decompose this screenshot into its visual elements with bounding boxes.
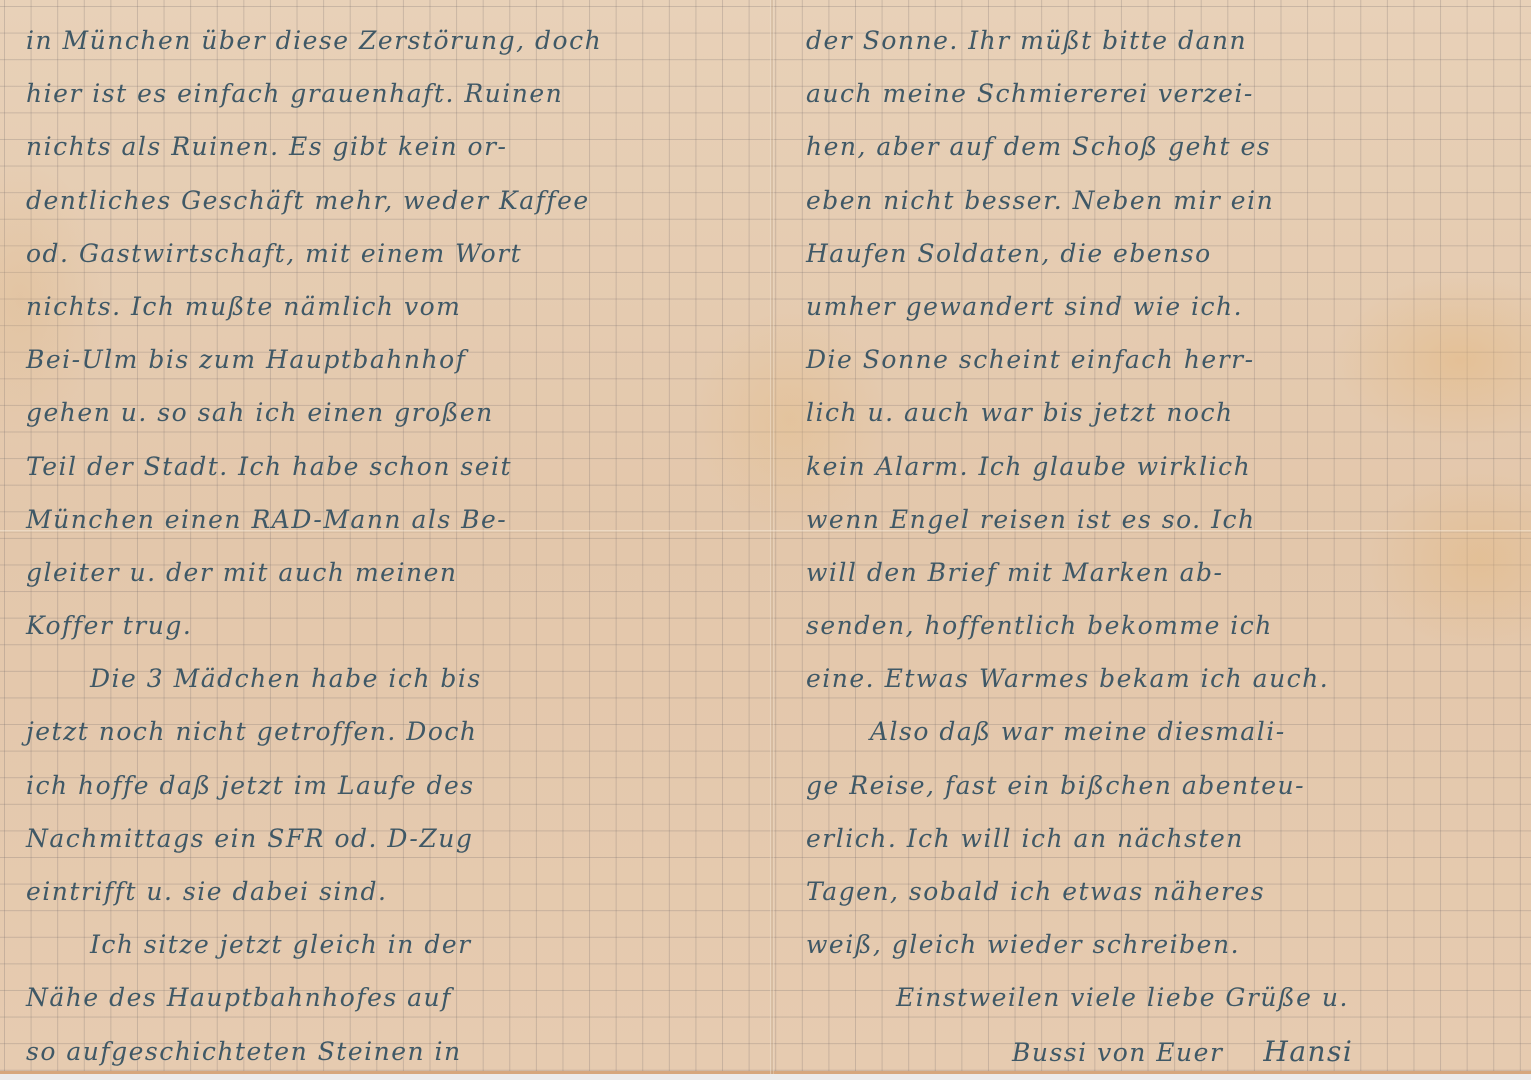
letter-line: eintrifft u. sie dabei sind. bbox=[26, 865, 756, 918]
letter-line: so aufgeschichteten Steinen in bbox=[26, 1025, 756, 1078]
center-fold bbox=[770, 0, 774, 1074]
letter-line: auch meine Schmiererei verzei- bbox=[806, 67, 1521, 120]
letter-line: eine. Etwas Warmes bekam ich auch. bbox=[806, 652, 1521, 705]
letter-line: gleiter u. der mit auch meinen bbox=[26, 546, 756, 599]
left-page: in München über diese Zerstörung, doch h… bbox=[26, 14, 756, 1078]
letter-line: eben nicht besser. Neben mir ein bbox=[806, 174, 1521, 227]
right-page: der Sonne. Ihr müßt bitte dann auch mein… bbox=[806, 14, 1521, 1078]
letter-line: Haufen Soldaten, die ebenso bbox=[806, 227, 1521, 280]
letter-line: umher gewandert sind wie ich. bbox=[806, 280, 1521, 333]
letter-line: wenn Engel reisen ist es so. Ich bbox=[806, 493, 1521, 546]
letter-line: nichts. Ich mußte nämlich vom bbox=[26, 280, 756, 333]
closing-greeting: Einstweilen viele liebe Grüße u. bbox=[806, 971, 1521, 1024]
signature-line: Bussi von EuerHansi bbox=[806, 1025, 1521, 1078]
letter-line: dentliches Geschäft mehr, weder Kaffee bbox=[26, 174, 756, 227]
letter-line: od. Gastwirtschaft, mit einem Wort bbox=[26, 227, 756, 280]
letter-line-paragraph-start: Also daß war meine diesmali- bbox=[806, 705, 1521, 758]
letter-line: erlich. Ich will ich an nächsten bbox=[806, 812, 1521, 865]
letter-line: Teil der Stadt. Ich habe schon seit bbox=[26, 440, 756, 493]
letter-line: hier ist es einfach grauenhaft. Ruinen bbox=[26, 67, 756, 120]
letter-line: Nähe des Hauptbahnhofes auf bbox=[26, 971, 756, 1024]
letter-line-paragraph-start: Ich sitze jetzt gleich in der bbox=[26, 918, 756, 971]
letter-line-paragraph-start: Die 3 Mädchen habe ich bis bbox=[26, 652, 756, 705]
letter-line: ge Reise, fast ein bißchen abenteu- bbox=[806, 759, 1521, 812]
signature: Hansi bbox=[1263, 1035, 1353, 1068]
letter-line: senden, hoffentlich bekomme ich bbox=[806, 599, 1521, 652]
letter-line: Bei-Ulm bis zum Hauptbahnhof bbox=[26, 333, 756, 386]
letter-line: kein Alarm. Ich glaube wirklich bbox=[806, 440, 1521, 493]
letter-line: weiß, gleich wieder schreiben. bbox=[806, 918, 1521, 971]
letter-line: gehen u. so sah ich einen großen bbox=[26, 386, 756, 439]
letter-line: der Sonne. Ihr müßt bitte dann bbox=[806, 14, 1521, 67]
letter-line: München einen RAD-Mann als Be- bbox=[26, 493, 756, 546]
letter-line: Tagen, sobald ich etwas näheres bbox=[806, 865, 1521, 918]
letter-line: hen, aber auf dem Schoß geht es bbox=[806, 120, 1521, 173]
letter-line: lich u. auch war bis jetzt noch bbox=[806, 386, 1521, 439]
closing-text: Bussi von Euer bbox=[1012, 1038, 1223, 1067]
letter-line: Die Sonne scheint einfach herr- bbox=[806, 333, 1521, 386]
letter-sheet: in München über diese Zerstörung, doch h… bbox=[0, 0, 1531, 1074]
letter-line: in München über diese Zerstörung, doch bbox=[26, 14, 756, 67]
letter-line: Koffer trug. bbox=[26, 599, 756, 652]
letter-line: Nachmittags ein SFR od. D-Zug bbox=[26, 812, 756, 865]
letter-line: will den Brief mit Marken ab- bbox=[806, 546, 1521, 599]
letter-line: nichts als Ruinen. Es gibt kein or- bbox=[26, 120, 756, 173]
letter-line: jetzt noch nicht getroffen. Doch bbox=[26, 705, 756, 758]
letter-line: ich hoffe daß jetzt im Laufe des bbox=[26, 759, 756, 812]
